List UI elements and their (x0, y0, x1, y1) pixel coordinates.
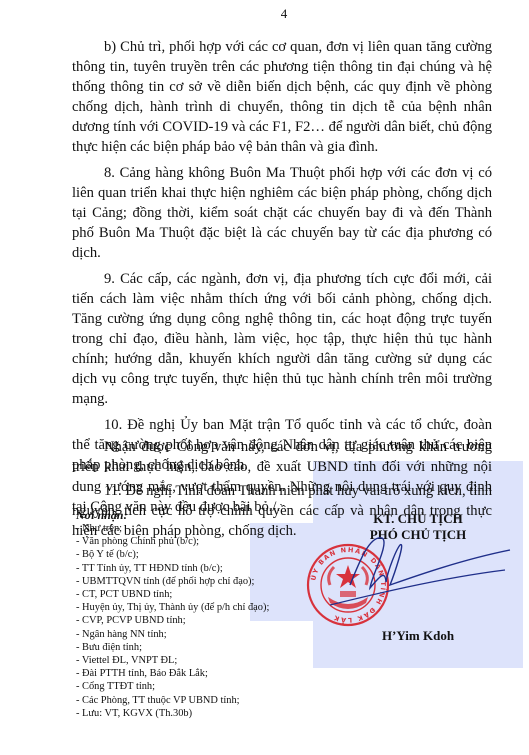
paragraph-8: 8. Cảng hàng không Buôn Ma Thuột phối hợ… (72, 163, 492, 263)
closing-block: Nhận được Công văn này, các đơn vị, địa … (72, 437, 492, 517)
recipient-item: - UBMTTQVN tỉnh (để phối hợp chỉ đạo); (76, 575, 269, 588)
recipient-item: - Huyện ủy, Thị ủy, Thành ủy (để p/h chỉ… (76, 601, 269, 614)
recipient-item: - Các Phòng, TT thuộc VP UBND tỉnh; (76, 694, 269, 707)
recipient-item: - Như trên; (76, 522, 269, 535)
recipient-item: - Ngân hàng NN tỉnh; (76, 628, 269, 641)
recipient-item: - Lưu: VT, KGVX (Th.30b) (76, 707, 269, 720)
recipient-item: - Viettel ĐL, VNPT ĐL; (76, 654, 269, 667)
recipient-item: - TT Tỉnh ủy, TT HĐND tỉnh (b/c); (76, 562, 269, 575)
recipient-item: - Bộ Y tế (b/c); (76, 548, 269, 561)
recipients-list: Nơi nhận: - Như trên; - Văn phòng Chính … (76, 508, 269, 720)
recipient-item: - Cổng TTĐT tỉnh; (76, 680, 269, 693)
closing-paragraph: Nhận được Công văn này, các đơn vị, địa … (72, 437, 492, 517)
recipient-item: - Đài PTTH tỉnh, Báo Đắk Lắk; (76, 667, 269, 680)
recipient-item: - Bưu điện tỉnh; (76, 641, 269, 654)
page-number: 4 (0, 6, 529, 22)
paragraph-7b: b) Chủ trì, phối hợp với các cơ quan, đơ… (72, 37, 492, 157)
signer-name: H’Yim Kdoh (313, 628, 523, 644)
signer-title-line1: KT. CHỦ TỊCH (313, 511, 523, 527)
recipients-title: Nơi nhận: (76, 508, 269, 522)
recipient-item: - CT, PCT UBND tỉnh; (76, 588, 269, 601)
paragraph-9: 9. Các cấp, các ngành, đơn vị, địa phươn… (72, 269, 492, 409)
recipient-item: - CVP, PCVP UBND tỉnh; (76, 614, 269, 627)
signature-icon (330, 530, 529, 620)
recipient-item: - Văn phòng Chính phủ (b/c); (76, 535, 269, 548)
